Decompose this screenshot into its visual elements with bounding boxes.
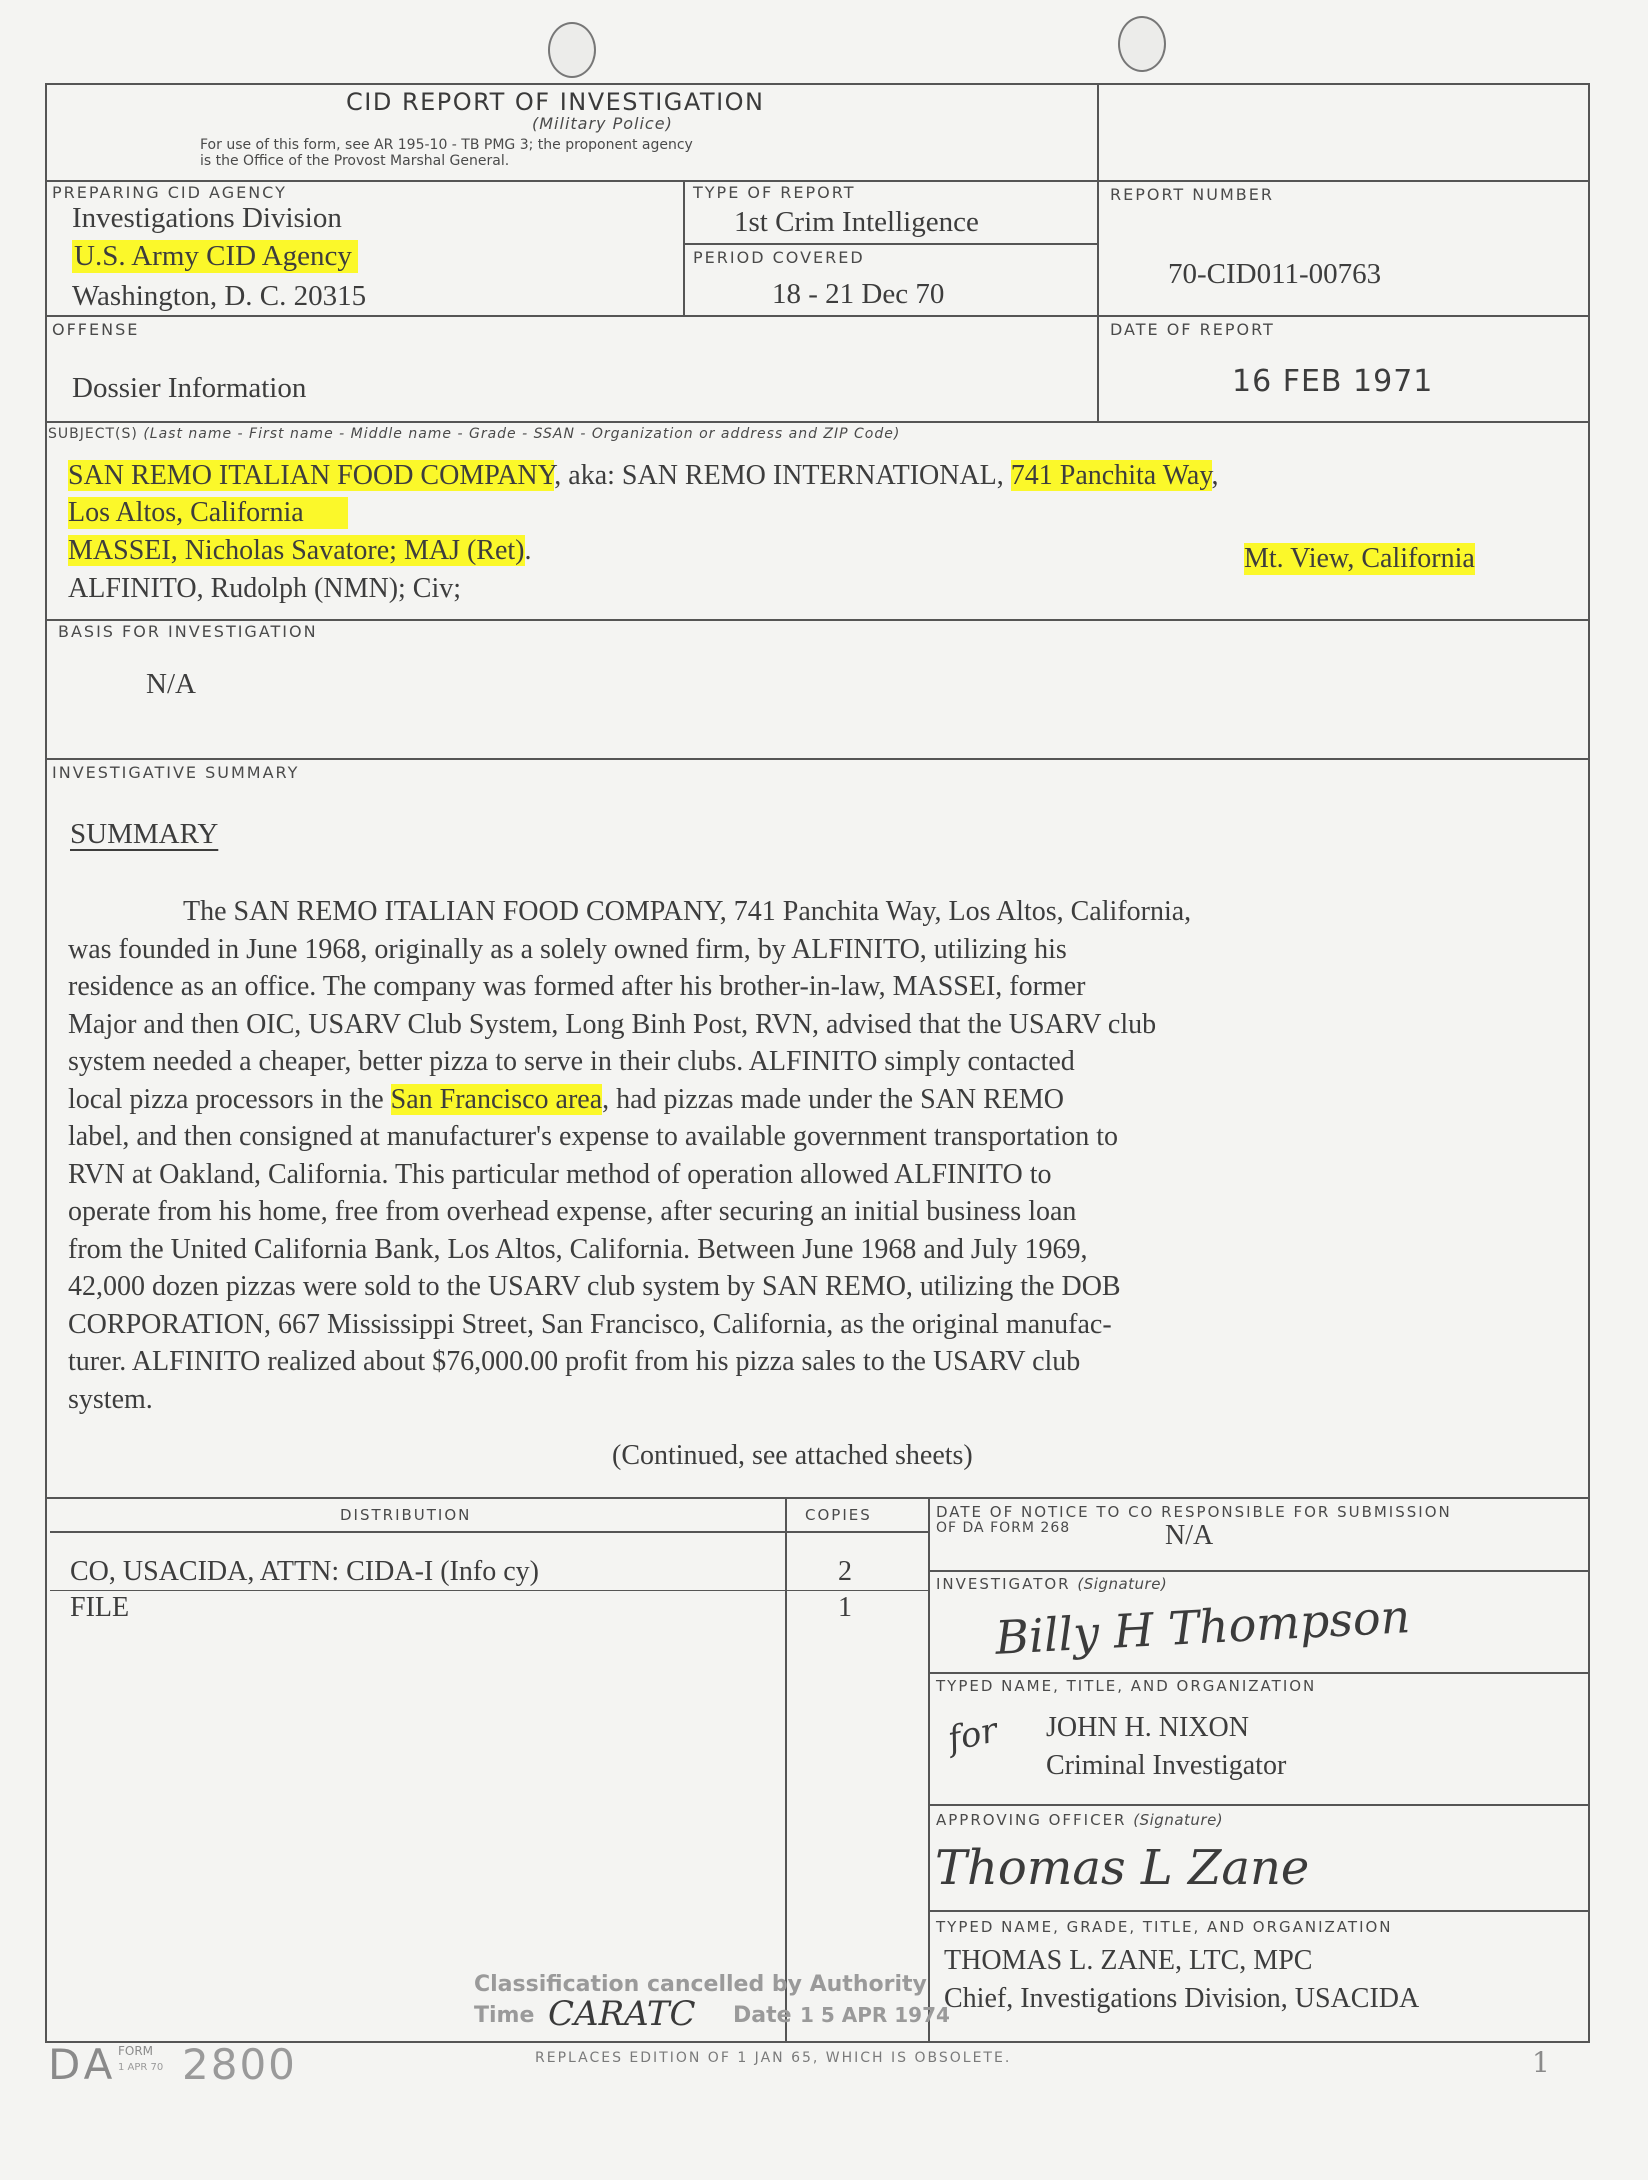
approver-label: APPROVING OFFICER (Signature) [936, 1811, 1223, 1829]
summary-body: The SAN REMO ITALIAN FOOD COMPANY, 741 P… [68, 893, 1568, 1418]
subject-mt-view: Mt. View, California [1244, 543, 1475, 575]
preparing-agency-line-1: Investigations Division [72, 202, 342, 235]
divider-offense-top [45, 315, 1590, 317]
stamp-time-value: CARATC [548, 1994, 696, 2034]
approver-name: THOMAS L. ZANE, LTC, MPC [944, 1945, 1312, 1977]
divider-basis-top [45, 619, 1590, 621]
investigator-name: JOHN H. NIXON [1046, 1712, 1249, 1744]
summary-line: Major and then OIC, USARV Club System, L… [68, 1006, 1568, 1044]
distribution-header-rule [50, 1531, 928, 1533]
period-covered-label: PERIOD COVERED [693, 248, 865, 267]
subjects-label-hint: (Last name - First name - Middle name - … [143, 426, 900, 442]
report-number-value: 70-CID011-00763 [1168, 258, 1381, 291]
investigator-label-hint: (Signature) [1077, 1575, 1167, 1593]
form-title: CID REPORT OF INVESTIGATION [346, 88, 765, 116]
approver-label-hint: (Signature) [1133, 1811, 1223, 1829]
divider-type-column [683, 180, 685, 315]
distribution-copies: 1 [838, 1592, 852, 1624]
preparing-agency-line-2: U.S. Army CID Agency [72, 240, 358, 273]
notice-value: N/A [1165, 1520, 1213, 1552]
divider-subjects-top [45, 421, 1590, 423]
form-instructions-2: is the Office of the Provost Marshal Gen… [200, 153, 509, 169]
summary-line: from the United California Bank, Los Alt… [68, 1231, 1568, 1269]
divider-typed-name [928, 1672, 1588, 1674]
copies-header: COPIES [805, 1506, 872, 1524]
date-of-report-label: DATE OF REPORT [1110, 320, 1275, 339]
basis-label: BASIS FOR INVESTIGATION [58, 622, 318, 641]
distribution-row-rule [50, 1590, 928, 1591]
divider-type-period [683, 243, 1097, 245]
subject-line-1-end: , [1212, 460, 1219, 491]
investigator-title: Criminal Investigator [1046, 1750, 1286, 1782]
basis-value: N/A [146, 668, 196, 701]
summary-line: The SAN REMO ITALIAN FOOD COMPANY, 741 P… [68, 893, 1568, 931]
summary-line: CORPORATION, 667 Mississippi Street, San… [68, 1306, 1568, 1344]
stamp-line-1: Classification cancelled by Authority [474, 1972, 927, 1997]
investigator-label-text: INVESTIGATOR [936, 1575, 1071, 1593]
investigator-label: INVESTIGATOR (Signature) [936, 1575, 1167, 1593]
investigator-typed-label: TYPED NAME, TITLE, AND ORGANIZATION [936, 1677, 1316, 1695]
divider-top-right [1097, 83, 1099, 423]
summary-line-6-post: , had pizzas made under the SAN REMO [602, 1084, 1064, 1115]
subject-line-1: SAN REMO ITALIAN FOOD COMPANY, aka: SAN … [68, 460, 1219, 492]
replaces-text: REPLACES EDITION OF 1 JAN 65, WHICH IS O… [535, 2050, 1011, 2066]
form-number: 2800 [182, 2040, 297, 2089]
subject-line-3: MASSEI, Nicholas Savatore; MAJ (Ret). [68, 535, 532, 567]
subject-line-3-end: . [525, 535, 532, 566]
subject-line-2: Los Altos, California [68, 497, 348, 529]
form-word: FORM [118, 2044, 153, 2058]
stamp-date-value: 1 5 APR 1974 [800, 2003, 950, 2027]
summary-line: system needed a cheaper, better pizza to… [68, 1043, 1568, 1081]
approver-label-text: APPROVING OFFICER [936, 1811, 1126, 1829]
summary-line: 42,000 dozen pizzas were sold to the USA… [68, 1268, 1568, 1306]
form-instructions-1: For use of this form, see AR 195-10 - TB… [200, 137, 693, 153]
distribution-recipient: FILE [70, 1592, 129, 1624]
summary-continued: (Continued, see attached sheets) [612, 1440, 973, 1472]
summary-heading: SUMMARY [70, 818, 218, 851]
summary-line: residence as an office. The company was … [68, 968, 1568, 1006]
distribution-copies: 2 [838, 1556, 852, 1588]
divider-approver [928, 1804, 1588, 1806]
distribution-recipient: CO, USACIDA, ATTN: CIDA-I (Info cy) [70, 1556, 539, 1588]
form-subtitle: (Military Police) [532, 114, 673, 133]
period-covered-value: 18 - 21 Dec 70 [772, 278, 944, 311]
subject-line-4: ALFINITO, Rudolph (NMN); Civ; [68, 573, 461, 605]
type-of-report-value: 1st Crim Intelligence [734, 206, 979, 239]
divider-under-title [45, 180, 1590, 182]
divider-summary-top [45, 758, 1590, 760]
distribution-header: DISTRIBUTION [340, 1506, 471, 1524]
stamp-time-label: Time [474, 2003, 534, 2028]
divider-copies [785, 1497, 787, 2042]
preparing-agency-label: PREPARING CID AGENCY [52, 183, 287, 202]
form-date: 1 APR 70 [118, 2062, 163, 2073]
for-mark: for [944, 1710, 1001, 1759]
offense-value: Dossier Information [72, 372, 306, 405]
summary-line: turer. ALFINITO realized about $76,000.0… [68, 1343, 1568, 1381]
subjects-label-text: SUBJECT(S) [48, 426, 138, 442]
approver-typed-label: TYPED NAME, GRADE, TITLE, AND ORGANIZATI… [936, 1918, 1393, 1936]
summary-label: INVESTIGATIVE SUMMARY [52, 763, 299, 782]
notice-label-2: OF DA FORM 268 [936, 1520, 1070, 1536]
divider-right-block [928, 1497, 930, 2042]
summary-line: operate from his home, free from overhea… [68, 1193, 1568, 1231]
subjects-label: SUBJECT(S) (Last name - First name - Mid… [48, 426, 900, 442]
approver-title: Chief, Investigations Division, USACIDA [944, 1983, 1419, 2015]
page-number: 1 [1532, 2046, 1550, 2079]
summary-line: was founded in June 1968, originally as … [68, 931, 1568, 969]
stamp-date-label: Date [733, 2003, 792, 2028]
frame-right [1588, 83, 1590, 2043]
summary-line: local pizza processors in the San Franci… [68, 1081, 1568, 1119]
type-of-report-label: TYPE OF REPORT [693, 183, 855, 202]
subject-company: SAN REMO ITALIAN FOOD COMPANY [68, 460, 554, 491]
notice-label-1: DATE OF NOTICE TO CO RESPONSIBLE FOR SUB… [936, 1503, 1452, 1521]
investigator-signature: Billy H Thompson [994, 1589, 1412, 1665]
summary-highlight-sf: San Francisco area [391, 1084, 602, 1115]
divider-approver-typed [928, 1910, 1588, 1912]
form-prefix: DA [48, 2040, 116, 2089]
summary-line: label, and then consigned at manufacture… [68, 1118, 1568, 1156]
frame-top [45, 83, 1590, 85]
subject-aka: , aka: SAN REMO INTERNATIONAL, [554, 460, 1011, 491]
divider-bottom-section [45, 1497, 1590, 1499]
punch-hole-left [548, 22, 596, 78]
approver-signature: Thomas L Zane [935, 1840, 1309, 1896]
date-of-report-value: 16 FEB 1971 [1232, 364, 1433, 399]
report-number-label: REPORT NUMBER [1110, 185, 1274, 204]
summary-line: system. [68, 1381, 1568, 1419]
summary-line-6-pre: local pizza processors in the [68, 1084, 391, 1115]
divider-investigator [928, 1570, 1588, 1572]
offense-label: OFFENSE [52, 320, 139, 339]
preparing-agency-line-3: Washington, D. C. 20315 [72, 280, 366, 313]
frame-left [45, 83, 47, 2043]
punch-hole-right [1118, 16, 1166, 72]
summary-line: RVN at Oakland, California. This particu… [68, 1156, 1568, 1194]
subject-massei: MASSEI, Nicholas Savatore; MAJ (Ret) [68, 535, 525, 566]
subject-address: 741 Panchita Way [1011, 460, 1212, 491]
